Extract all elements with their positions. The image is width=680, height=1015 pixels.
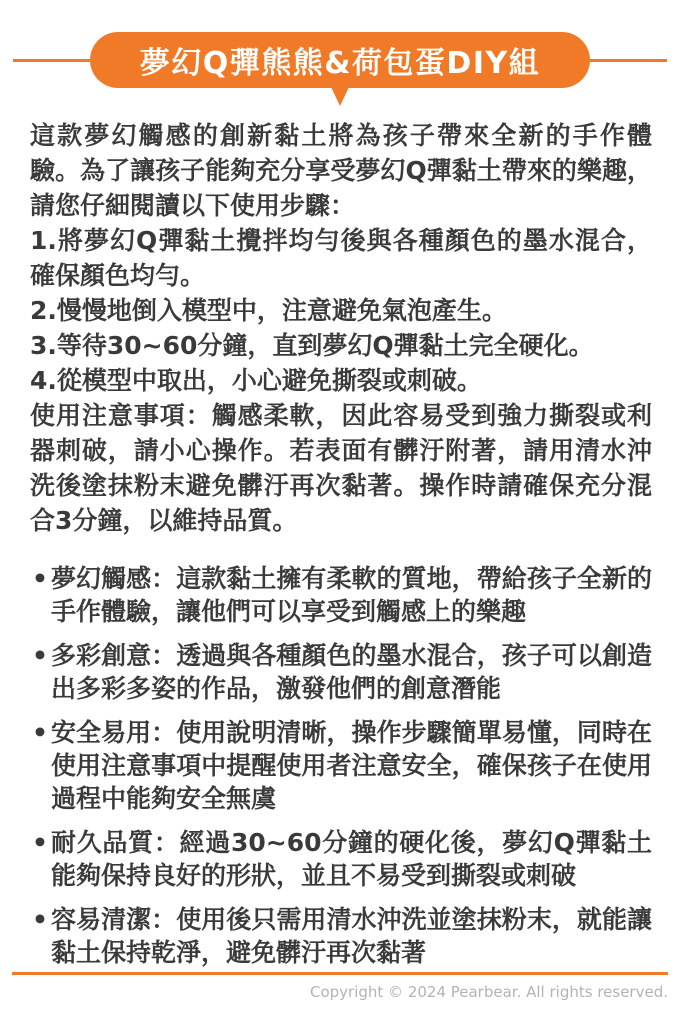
bullet-icon: • xyxy=(32,903,48,936)
step-2: 2.慢慢地倒入模型中，注意避免氣泡產生。 xyxy=(30,293,652,328)
bullet-icon: • xyxy=(32,716,48,749)
footer: Copyright © 2024 Pearbear. All rights re… xyxy=(0,972,680,1015)
steps-list: 1.將夢幻Q彈黏土攪拌均勻後與各種顏色的墨水混合，確保顏色均勻。 2.慢慢地倒入… xyxy=(30,223,652,398)
header: 夢幻Q彈熊熊&荷包蛋DIY組 xyxy=(0,0,680,108)
feature-item-easy-clean: • 容易清潔：使用後只需用清水沖洗並塗抹粉末，就能讓黏土保持乾淨，避免髒汙再次黏… xyxy=(30,903,652,969)
feature-item-dreamy-touch: • 夢幻觸感：這款黏土擁有柔軟的質地，帶給孩子全新的手作體驗，讓他們可以享受到觸… xyxy=(30,562,652,628)
usage-notes-paragraph: 使用注意事項：觸感柔軟，因此容易受到強力撕裂或利器刺破，請小心操作。若表面有髒汙… xyxy=(30,398,652,538)
bullet-icon: • xyxy=(32,826,48,859)
header-line-left xyxy=(13,59,91,62)
bullet-icon: • xyxy=(32,639,48,672)
header-line-right xyxy=(589,59,667,62)
feature-text: 安全易用：使用說明清晰，操作步驟簡單易懂，同時在使用注意事項中提醒使用者注意安全… xyxy=(51,718,652,813)
copyright-text: Copyright © 2024 Pearbear. All rights re… xyxy=(12,983,668,1001)
bullet-icon: • xyxy=(32,562,48,595)
features-list: • 夢幻觸感：這款黏土擁有柔軟的質地，帶給孩子全新的手作體驗，讓他們可以享受到觸… xyxy=(30,562,652,969)
page-title: 夢幻Q彈熊熊&荷包蛋DIY組 xyxy=(140,38,540,82)
feature-text: 多彩創意：透過與各種顏色的墨水混合，孩子可以創造出多彩多姿的作品，激發他們的創意… xyxy=(51,641,652,703)
feature-text: 容易清潔：使用後只需用清水沖洗並塗抹粉末，就能讓黏土保持乾淨，避免髒汙再次黏著 xyxy=(51,905,652,967)
step-4: 4.從模型中取出，小心避免撕裂或刺破。 xyxy=(30,363,652,398)
feature-item-colorful-creativity: • 多彩創意：透過與各種顏色的墨水混合，孩子可以創造出多彩多姿的作品，激發他們的… xyxy=(30,639,652,705)
step-1: 1.將夢幻Q彈黏土攪拌均勻後與各種顏色的墨水混合，確保顏色均勻。 xyxy=(30,223,652,293)
feature-text: 耐久品質：經過30~60分鐘的硬化後，夢幻Q彈黏土能夠保持良好的形狀，並且不易受… xyxy=(51,828,652,890)
banner-pointer-triangle xyxy=(331,87,349,106)
main-content: 這款夢幻觸感的創新黏土將為孩子帶來全新的手作體驗。為了讓孩子能夠充分享受夢幻Q彈… xyxy=(0,108,680,969)
product-description-page: 夢幻Q彈熊熊&荷包蛋DIY組 這款夢幻觸感的創新黏土將為孩子帶來全新的手作體驗。… xyxy=(0,0,680,1015)
footer-divider xyxy=(12,972,668,975)
feature-text: 夢幻觸感：這款黏土擁有柔軟的質地，帶給孩子全新的手作體驗，讓他們可以享受到觸感上… xyxy=(51,564,652,626)
intro-paragraph: 這款夢幻觸感的創新黏土將為孩子帶來全新的手作體驗。為了讓孩子能夠充分享受夢幻Q彈… xyxy=(30,118,652,223)
feature-item-safe-easy: • 安全易用：使用說明清晰，操作步驟簡單易懂，同時在使用注意事項中提醒使用者注意… xyxy=(30,716,652,815)
step-3: 3.等待30~60分鐘，直到夢幻Q彈黏土完全硬化。 xyxy=(30,328,652,363)
title-banner: 夢幻Q彈熊熊&荷包蛋DIY組 xyxy=(90,32,590,88)
feature-item-durable-quality: • 耐久品質：經過30~60分鐘的硬化後，夢幻Q彈黏土能夠保持良好的形狀，並且不… xyxy=(30,826,652,892)
